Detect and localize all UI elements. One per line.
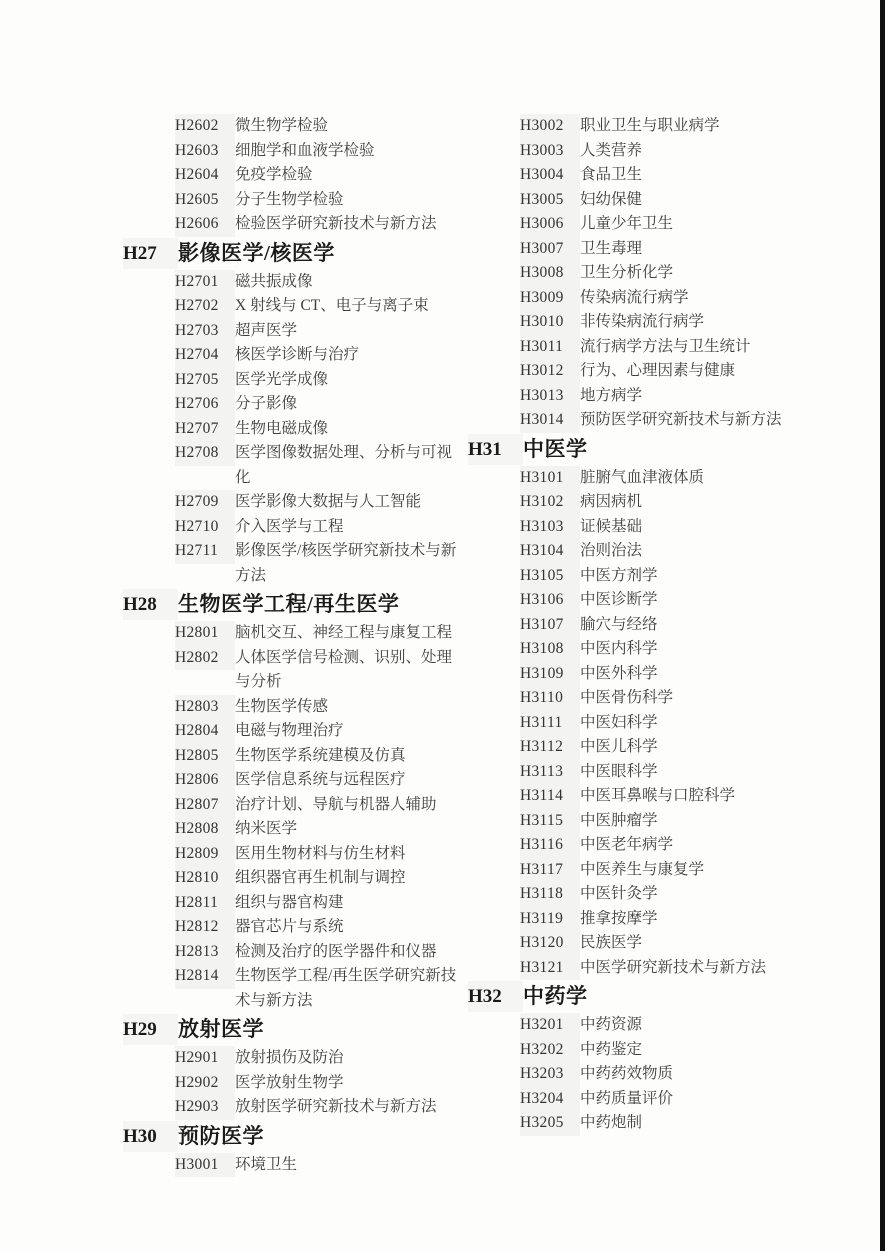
entry-text: 中医老年病学 [580, 833, 806, 858]
section-header-h31: H31中医学 [468, 434, 818, 465]
entry-text: 职业卫生与职业病学 [580, 114, 806, 139]
entry-row-h2801: H2801脑机交互、神经工程与康复工程 [123, 621, 468, 646]
entry-code: H3116 [520, 833, 580, 858]
entry-text: 中医针灸学 [580, 882, 806, 907]
entry-text: 介入医学与工程 [235, 515, 461, 540]
entry-text: 人体医学信号检测、识别、处理与分析 [235, 646, 461, 695]
entry-code: H3202 [520, 1038, 580, 1063]
entry-code: H2701 [175, 270, 235, 295]
entry-code: H2706 [175, 392, 235, 417]
entry-row-h2704: H2704核医学诊断与治疗 [123, 343, 468, 368]
entry-code: H2702 [175, 294, 235, 319]
entry-row-h3119: H3119推拿按摩学 [468, 907, 818, 932]
entry-text: 脏腑气血津液体质 [580, 466, 806, 491]
section-code: H28 [123, 589, 178, 620]
entry-text: 治疗计划、导航与机器人辅助 [235, 793, 461, 818]
entry-text: 医用生物材料与仿生材料 [235, 842, 461, 867]
section-header-h28: H28生物医学工程/再生医学 [123, 589, 468, 620]
entry-row-h3107: H3107腧穴与经络 [468, 613, 818, 638]
entry-row-h2711: H2711影像医学/核医学研究新技术与新方法 [123, 539, 468, 588]
entry-code: H2813 [175, 940, 235, 965]
entry-code: H2809 [175, 842, 235, 867]
entry-text: 卫生毒理 [580, 237, 806, 262]
entry-row-h3011: H3011流行病学方法与卫生统计 [468, 335, 818, 360]
entry-text: 证候基础 [580, 515, 806, 540]
entry-row-h3003: H3003人类营养 [468, 139, 818, 164]
entry-code: H3001 [175, 1153, 235, 1178]
entry-code: H2707 [175, 417, 235, 442]
entry-row-h3204: H3204中药质量评价 [468, 1087, 818, 1112]
entry-row-h2604: H2604免疫学检验 [123, 163, 468, 188]
entry-text: 中医儿科学 [580, 735, 806, 760]
entry-row-h2702: H2702X 射线与 CT、电子与离子束 [123, 294, 468, 319]
entry-row-h2802: H2802人体医学信号检测、识别、处理与分析 [123, 646, 468, 695]
entry-text: 中药鉴定 [580, 1038, 806, 1063]
entry-text: 儿童少年卫生 [580, 212, 806, 237]
entry-text: 中药资源 [580, 1013, 806, 1038]
section-header-h29: H29放射医学 [123, 1014, 468, 1045]
entry-code: H2704 [175, 343, 235, 368]
entry-code: H3103 [520, 515, 580, 540]
entry-row-h3111: H3111中医妇科学 [468, 711, 818, 736]
entry-text: 生物医学工程/再生医学研究新技术与新方法 [235, 964, 461, 1013]
entry-code: H2812 [175, 915, 235, 940]
entry-code: H3120 [520, 931, 580, 956]
entry-text: 中医养生与康复学 [580, 858, 806, 883]
entry-text: 中医诊断学 [580, 588, 806, 613]
entry-code: H3013 [520, 384, 580, 409]
entry-row-h3113: H3113中医眼科学 [468, 760, 818, 785]
entry-code: H3105 [520, 564, 580, 589]
entry-row-h3013: H3013地方病学 [468, 384, 818, 409]
entry-row-h3112: H3112中医儿科学 [468, 735, 818, 760]
entry-code: H3205 [520, 1111, 580, 1136]
entry-code: H2806 [175, 768, 235, 793]
entry-row-h3108: H3108中医内科学 [468, 637, 818, 662]
entry-code: H2807 [175, 793, 235, 818]
entry-text: 磁共振成像 [235, 270, 461, 295]
entry-row-h2606: H2606检验医学研究新技术与新方法 [123, 212, 468, 237]
entry-code: H2605 [175, 188, 235, 213]
entry-row-h3006: H3006儿童少年卫生 [468, 212, 818, 237]
entry-code: H3112 [520, 735, 580, 760]
entry-text: 放射损伤及防治 [235, 1046, 461, 1071]
entry-code: H3121 [520, 956, 580, 981]
entry-code: H3012 [520, 359, 580, 384]
entry-row-h2707: H2707生物电磁成像 [123, 417, 468, 442]
section-code: H32 [468, 981, 523, 1012]
entry-row-h3110: H3110中医骨伤科学 [468, 686, 818, 711]
entry-text: 电磁与物理治疗 [235, 719, 461, 744]
entry-code: H2801 [175, 621, 235, 646]
entry-row-h3116: H3116中医老年病学 [468, 833, 818, 858]
entry-code: H3106 [520, 588, 580, 613]
entry-code: H2804 [175, 719, 235, 744]
entry-row-h3007: H3007卫生毒理 [468, 237, 818, 262]
entry-row-h2901: H2901放射损伤及防治 [123, 1046, 468, 1071]
entry-code: H2708 [175, 441, 235, 466]
entry-code: H2703 [175, 319, 235, 344]
entry-row-h2814: H2814生物医学工程/再生医学研究新技术与新方法 [123, 964, 468, 1013]
entry-row-h2805: H2805生物医学系统建模及仿真 [123, 744, 468, 769]
entry-code: H2711 [175, 539, 235, 564]
entry-row-h2602: H2602微生物学检验 [123, 114, 468, 139]
entry-text: 器官芯片与系统 [235, 915, 461, 940]
scanned-document-page: H2602微生物学检验H2603细胞学和血液学检验H2604免疫学检验H2605… [0, 0, 885, 1251]
entry-text: 中医眼科学 [580, 760, 806, 785]
section-code: H29 [123, 1014, 178, 1045]
left-column: H2602微生物学检验H2603细胞学和血液学检验H2604免疫学检验H2605… [123, 114, 468, 1177]
entry-code: H2604 [175, 163, 235, 188]
entry-text: 食品卫生 [580, 163, 806, 188]
entry-text: 非传染病流行病学 [580, 310, 806, 335]
entry-text: 病因病机 [580, 490, 806, 515]
entry-text: 中药药效物质 [580, 1062, 806, 1087]
entry-text: 生物医学传感 [235, 695, 461, 720]
entry-code: H3010 [520, 310, 580, 335]
entry-text: 行为、心理因素与健康 [580, 359, 806, 384]
entry-code: H2705 [175, 368, 235, 393]
entry-text: 检验医学研究新技术与新方法 [235, 212, 461, 237]
entry-row-h3203: H3203中药药效物质 [468, 1062, 818, 1087]
entry-text: 生物电磁成像 [235, 417, 461, 442]
entry-text: 放射医学研究新技术与新方法 [235, 1095, 461, 1120]
entry-row-h2706: H2706分子影像 [123, 392, 468, 417]
entry-row-h3014: H3014预防医学研究新技术与新方法 [468, 408, 818, 433]
section-header-h27: H27影像医学/核医学 [123, 238, 468, 269]
entry-code: H3101 [520, 466, 580, 491]
entry-text: 分子生物学检验 [235, 188, 461, 213]
entry-code: H3005 [520, 188, 580, 213]
entry-row-h3001: H3001环境卫生 [123, 1153, 468, 1178]
scan-edge-strip [880, 0, 885, 1251]
entry-text: 医学影像大数据与人工智能 [235, 490, 461, 515]
entry-code: H2901 [175, 1046, 235, 1071]
entry-code: H2810 [175, 866, 235, 891]
entry-code: H3107 [520, 613, 580, 638]
entry-row-h2709: H2709医学影像大数据与人工智能 [123, 490, 468, 515]
section-header-h32: H32中药学 [468, 981, 818, 1012]
entry-code: H3114 [520, 784, 580, 809]
section-header-h30: H30预防医学 [123, 1121, 468, 1152]
entry-row-h3010: H3010非传染病流行病学 [468, 310, 818, 335]
entry-row-h2605: H2605分子生物学检验 [123, 188, 468, 213]
right-column: H3002职业卫生与职业病学H3003人类营养H3004食品卫生H3005妇幼保… [468, 114, 818, 1136]
entry-code: H2709 [175, 490, 235, 515]
section-title: 中医学 [523, 434, 818, 465]
entry-row-h2812: H2812器官芯片与系统 [123, 915, 468, 940]
entry-row-h2903: H2903放射医学研究新技术与新方法 [123, 1095, 468, 1120]
entry-row-h3109: H3109中医外科学 [468, 662, 818, 687]
entry-text: 中医学研究新技术与新方法 [580, 956, 806, 981]
entry-row-h3101: H3101脏腑气血津液体质 [468, 466, 818, 491]
entry-text: 妇幼保健 [580, 188, 806, 213]
entry-text: 检测及治疗的医学器件和仪器 [235, 940, 461, 965]
entry-code: H3006 [520, 212, 580, 237]
entry-code: H3201 [520, 1013, 580, 1038]
entry-code: H3108 [520, 637, 580, 662]
entry-text: 细胞学和血液学检验 [235, 139, 461, 164]
entry-row-h2603: H2603细胞学和血液学检验 [123, 139, 468, 164]
entry-code: H2814 [175, 964, 235, 989]
entry-row-h2701: H2701磁共振成像 [123, 270, 468, 295]
entry-code: H2802 [175, 646, 235, 671]
entry-row-h2703: H2703超声医学 [123, 319, 468, 344]
entry-code: H3102 [520, 490, 580, 515]
entry-text: 微生物学检验 [235, 114, 461, 139]
entry-text: 核医学诊断与治疗 [235, 343, 461, 368]
entry-text: 中医外科学 [580, 662, 806, 687]
entry-row-h2804: H2804电磁与物理治疗 [123, 719, 468, 744]
entry-code: H3009 [520, 286, 580, 311]
entry-row-h3009: H3009传染病流行病学 [468, 286, 818, 311]
entry-code: H2902 [175, 1071, 235, 1096]
entry-text: 中医妇科学 [580, 711, 806, 736]
entry-text: 中医方剂学 [580, 564, 806, 589]
entry-code: H2602 [175, 114, 235, 139]
entry-text: 医学信息系统与远程医疗 [235, 768, 461, 793]
entry-text: 中药质量评价 [580, 1087, 806, 1112]
entry-text: 分子影像 [235, 392, 461, 417]
entry-row-h3105: H3105中医方剂学 [468, 564, 818, 589]
entry-code: H3111 [520, 711, 580, 736]
entry-text: 医学光学成像 [235, 368, 461, 393]
entry-row-h2710: H2710介入医学与工程 [123, 515, 468, 540]
entry-text: 中医内科学 [580, 637, 806, 662]
entry-code: H3203 [520, 1062, 580, 1087]
entry-row-h2810: H2810组织器官再生机制与调控 [123, 866, 468, 891]
entry-code: H3004 [520, 163, 580, 188]
entry-row-h3008: H3008卫生分析化学 [468, 261, 818, 286]
entry-row-h3002: H3002职业卫生与职业病学 [468, 114, 818, 139]
entry-row-h2809: H2809医用生物材料与仿生材料 [123, 842, 468, 867]
entry-code: H3008 [520, 261, 580, 286]
entry-row-h2708: H2708医学图像数据处理、分析与可视化 [123, 441, 468, 490]
entry-code: H3110 [520, 686, 580, 711]
entry-row-h2806: H2806医学信息系统与远程医疗 [123, 768, 468, 793]
entry-row-h3104: H3104治则治法 [468, 539, 818, 564]
entry-text: 免疫学检验 [235, 163, 461, 188]
entry-row-h2811: H2811组织与器官构建 [123, 891, 468, 916]
entry-code: H3115 [520, 809, 580, 834]
entry-text: 人类营养 [580, 139, 806, 164]
entry-code: H2803 [175, 695, 235, 720]
entry-row-h2813: H2813检测及治疗的医学器件和仪器 [123, 940, 468, 965]
entry-row-h2808: H2808纳米医学 [123, 817, 468, 842]
entry-row-h3004: H3004食品卫生 [468, 163, 818, 188]
entry-text: 预防医学研究新技术与新方法 [580, 408, 806, 433]
entry-text: 流行病学方法与卫生统计 [580, 335, 806, 360]
entry-text: 治则治法 [580, 539, 806, 564]
section-code: H30 [123, 1121, 178, 1152]
entry-text: 脑机交互、神经工程与康复工程 [235, 621, 461, 646]
entry-code: H2808 [175, 817, 235, 842]
entry-code: H3109 [520, 662, 580, 687]
entry-text: 组织与器官构建 [235, 891, 461, 916]
entry-text: 中医耳鼻喉与口腔科学 [580, 784, 806, 809]
section-code: H27 [123, 238, 178, 269]
entry-text: 民族医学 [580, 931, 806, 956]
section-code: H31 [468, 434, 523, 465]
entry-row-h2807: H2807治疗计划、导航与机器人辅助 [123, 793, 468, 818]
entry-text: X 射线与 CT、电子与离子束 [235, 294, 461, 319]
entry-text: 组织器官再生机制与调控 [235, 866, 461, 891]
entry-text: 中药炮制 [580, 1111, 806, 1136]
entry-code: H2603 [175, 139, 235, 164]
entry-text: 中医骨伤科学 [580, 686, 806, 711]
entry-code: H3117 [520, 858, 580, 883]
entry-row-h3120: H3120民族医学 [468, 931, 818, 956]
entry-text: 超声医学 [235, 319, 461, 344]
entry-text: 传染病流行病学 [580, 286, 806, 311]
entry-code: H3119 [520, 907, 580, 932]
entry-row-h3103: H3103证候基础 [468, 515, 818, 540]
entry-row-h3102: H3102病因病机 [468, 490, 818, 515]
entry-code: H3014 [520, 408, 580, 433]
entry-row-h2902: H2902医学放射生物学 [123, 1071, 468, 1096]
entry-row-h3202: H3202中药鉴定 [468, 1038, 818, 1063]
entry-row-h3205: H3205中药炮制 [468, 1111, 818, 1136]
entry-code: H3204 [520, 1087, 580, 1112]
entry-code: H3011 [520, 335, 580, 360]
entry-code: H3113 [520, 760, 580, 785]
entry-row-h3012: H3012行为、心理因素与健康 [468, 359, 818, 384]
section-title: 生物医学工程/再生医学 [178, 589, 468, 620]
entry-text: 医学放射生物学 [235, 1071, 461, 1096]
entry-row-h3117: H3117中医养生与康复学 [468, 858, 818, 883]
entry-code: H2606 [175, 212, 235, 237]
section-title: 中药学 [523, 981, 818, 1012]
entry-row-h3005: H3005妇幼保健 [468, 188, 818, 213]
entry-row-h2803: H2803生物医学传感 [123, 695, 468, 720]
entry-code: H3007 [520, 237, 580, 262]
entry-row-h3201: H3201中药资源 [468, 1013, 818, 1038]
entry-text: 推拿按摩学 [580, 907, 806, 932]
entry-code: H3003 [520, 139, 580, 164]
entry-text: 影像医学/核医学研究新技术与新方法 [235, 539, 461, 588]
entry-text: 卫生分析化学 [580, 261, 806, 286]
entry-code: H2903 [175, 1095, 235, 1120]
entry-row-h3115: H3115中医肿瘤学 [468, 809, 818, 834]
entry-code: H3002 [520, 114, 580, 139]
section-title: 预防医学 [178, 1121, 468, 1152]
entry-row-h3114: H3114中医耳鼻喉与口腔科学 [468, 784, 818, 809]
entry-text: 生物医学系统建模及仿真 [235, 744, 461, 769]
entry-text: 地方病学 [580, 384, 806, 409]
entry-text: 腧穴与经络 [580, 613, 806, 638]
entry-code: H3104 [520, 539, 580, 564]
section-title: 放射医学 [178, 1014, 468, 1045]
entry-code: H2805 [175, 744, 235, 769]
entry-row-h3121: H3121中医学研究新技术与新方法 [468, 956, 818, 981]
entry-text: 纳米医学 [235, 817, 461, 842]
entry-code: H3118 [520, 882, 580, 907]
entry-row-h3118: H3118中医针灸学 [468, 882, 818, 907]
entry-row-h2705: H2705医学光学成像 [123, 368, 468, 393]
entry-row-h3106: H3106中医诊断学 [468, 588, 818, 613]
entry-code: H2710 [175, 515, 235, 540]
entry-text: 中医肿瘤学 [580, 809, 806, 834]
entry-code: H2811 [175, 891, 235, 916]
entry-text: 医学图像数据处理、分析与可视化 [235, 441, 461, 490]
entry-text: 环境卫生 [235, 1153, 461, 1178]
section-title: 影像医学/核医学 [178, 238, 468, 269]
